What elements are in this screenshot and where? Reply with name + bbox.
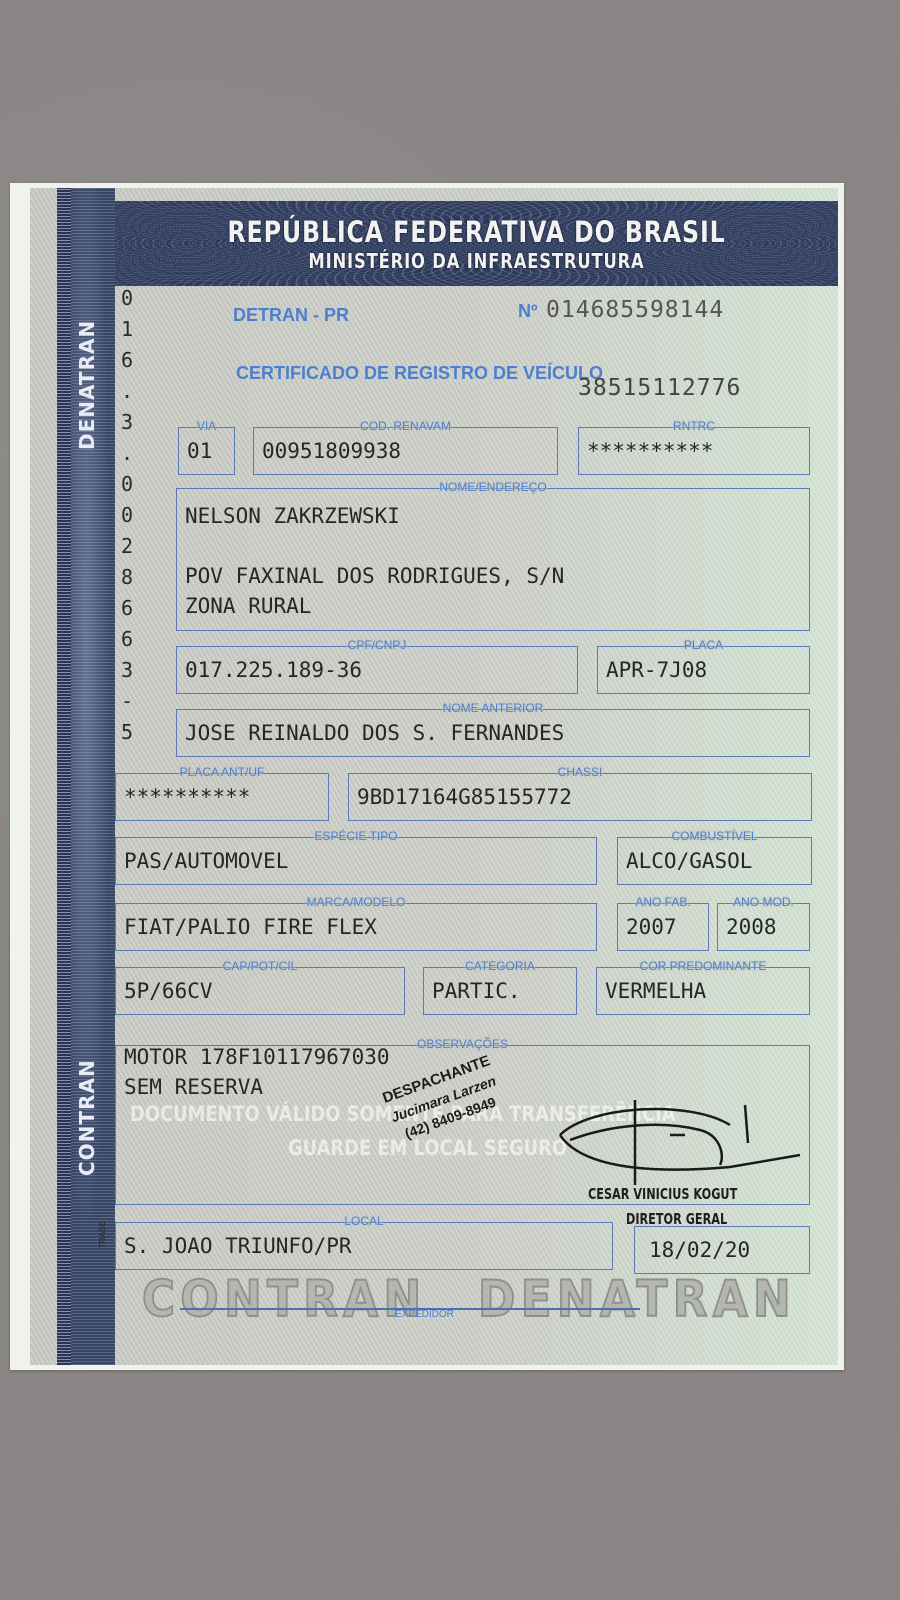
field-label: NOME/ENDEREÇO <box>436 480 549 494</box>
serial-digit: 3 <box>117 407 137 438</box>
field-value: FIAT/PALIO FIRE FLEX <box>124 915 377 939</box>
field-cor-predominante: COR PREDOMINANTE VERMELHA <box>596 967 810 1015</box>
field-value: ********** <box>587 439 713 463</box>
serial-digit: 6 <box>117 624 137 655</box>
field-value: PARTIC. <box>432 979 521 1003</box>
field-value: APR-7J08 <box>606 658 707 682</box>
serial-digit: 3 <box>117 655 137 686</box>
serial-digit: . <box>117 438 137 469</box>
header-subtitle: MINISTÉRIO DA INFRAESTRUTURA <box>180 249 773 273</box>
field-placa-anterior: PLACA ANT/UF ********** <box>115 773 329 821</box>
serial-digit: 0 <box>117 283 137 314</box>
field-label: CPF/CNPJ <box>345 638 410 652</box>
field-local: LOCAL S. JOAO TRIUNFO/PR <box>115 1222 613 1270</box>
field-combustivel: COMBUSTÍVEL ALCO/GASOL <box>617 837 812 885</box>
field-value: 017.225.189-36 <box>185 658 362 682</box>
field-renavam: COD. RENAVAM 00951809938 <box>253 427 558 475</box>
field-data-emissao: 18/02/20 <box>634 1226 810 1274</box>
field-value: ALCO/GASOL <box>626 849 752 873</box>
field-nome-anterior: NOME ANTERIOR JOSE REINALDO DOS S. FERNA… <box>176 709 810 757</box>
field-label: ESPÉCIE TIPO <box>311 829 400 843</box>
field-label: CAP/POT/CIL <box>220 959 301 973</box>
field-via: VIA 01 <box>178 427 235 475</box>
signer-name: CESAR VINICIUS KOGUT <box>588 1185 737 1203</box>
field-value: 01 <box>187 439 212 463</box>
serial-digit: . <box>117 376 137 407</box>
field-label: VIA <box>194 419 219 433</box>
field-placa: PLACA APR-7J08 <box>597 646 810 694</box>
field-label: LOCAL <box>341 1214 386 1228</box>
field-label: PLACA ANT/UF <box>177 765 268 779</box>
emboss-denatran: DENATRAN <box>478 1270 796 1328</box>
field-rntrc: RNTRC ********** <box>578 427 810 475</box>
field-value: PAS/AUTOMOVEL <box>124 849 288 873</box>
expedidor-label: EXPEDIDOR <box>395 1309 454 1320</box>
field-label: RNTRC <box>670 419 718 433</box>
field-ano-fabricacao: ANO FAB. 2007 <box>617 903 709 951</box>
field-categoria: CATEGORIA PARTIC. <box>423 967 577 1015</box>
document-title: CERTIFICADO DE REGISTRO DE VEÍCULO <box>236 363 603 384</box>
field-value: NELSON ZAKRZEWSKI POV FAXINAL DOS RODRIG… <box>185 501 564 621</box>
vertical-serial-number: 016.3.0028663-5 <box>117 283 137 748</box>
field-label: CHASSI <box>555 765 606 779</box>
field-value: JOSE REINALDO DOS S. FERNANDES <box>185 721 564 745</box>
serial-digit: 2 <box>117 531 137 562</box>
field-label: ANO FAB. <box>632 895 693 909</box>
field-cap-pot-cil: CAP/POT/CIL 5P/66CV <box>115 967 405 1015</box>
header-title: REPÚBLICA FEDERATIVA DO BRASIL <box>180 215 773 249</box>
watermark-guard: GUARDE EM LOCAL SEGURO <box>288 1136 567 1160</box>
serial-digit: 1 <box>117 314 137 345</box>
serial-digit: 6 <box>117 345 137 376</box>
field-value: S. JOAO TRIUNFO/PR <box>124 1234 352 1258</box>
issuer-label: DETRAN - PR <box>233 305 349 326</box>
field-ano-modelo: ANO MOD. 2008 <box>717 903 810 951</box>
field-label: COR PREDOMINANTE <box>637 959 770 973</box>
field-marca-modelo: MARCA/MODELO FIAT/PALIO FIRE FLEX <box>115 903 597 951</box>
side-label-contran: CONTRAN <box>75 1059 99 1176</box>
field-nome-endereco: NOME/ENDEREÇO NELSON ZAKRZEWSKI POV FAXI… <box>176 488 810 631</box>
serial-digit: 0 <box>117 469 137 500</box>
field-value: 2008 <box>726 915 777 939</box>
signature-icon <box>550 1095 810 1185</box>
field-label: CATEGORIA <box>462 959 538 973</box>
field-value: 2007 <box>626 915 677 939</box>
field-value: 9BD17164G85155772 <box>357 785 572 809</box>
number-value: 014685598144 <box>546 297 724 323</box>
field-value: ********** <box>124 785 250 809</box>
security-code: 38515112776 <box>578 375 741 401</box>
field-value: 00951809938 <box>262 439 401 463</box>
field-especie-tipo: ESPÉCIE TIPO PAS/AUTOMOVEL <box>115 837 597 885</box>
field-value: 5P/66CV <box>124 979 213 1003</box>
field-cpf-cnpj: CPF/CNPJ 017.225.189-36 <box>176 646 578 694</box>
number-label: Nº <box>518 301 538 321</box>
serial-digit: 8 <box>117 562 137 593</box>
left-microprint-strip <box>57 188 71 1365</box>
serial-digit: - <box>117 686 137 717</box>
trade-mark-label: TRASE <box>98 1221 107 1248</box>
field-value: MOTOR 178F10117967030 SEM RESERVA <box>124 1042 390 1102</box>
emboss-contran: CONTRAN <box>142 1270 427 1328</box>
document-number: Nº 014685598144 <box>518 297 724 323</box>
field-label: MARCA/MODELO <box>304 895 409 909</box>
field-value: 18/02/20 <box>649 1238 750 1262</box>
serial-digit: 0 <box>117 500 137 531</box>
serial-digit: 5 <box>117 717 137 748</box>
side-label-denatran: DENATRAN <box>75 320 99 450</box>
field-label: COMBUSTÍVEL <box>668 829 760 843</box>
field-value: VERMELHA <box>605 979 706 1003</box>
field-label: NOME ANTERIOR <box>440 701 547 715</box>
field-chassi: CHASSI 9BD17164G85155772 <box>348 773 812 821</box>
field-label: OBSERVAÇÕES <box>414 1037 511 1051</box>
header-band: REPÚBLICA FEDERATIVA DO BRASIL MINISTÉRI… <box>115 201 838 286</box>
field-label: PLACA <box>681 638 726 652</box>
field-label: ANO MOD. <box>730 895 797 909</box>
serial-digit: 6 <box>117 593 137 624</box>
field-label: COD. RENAVAM <box>357 419 454 433</box>
